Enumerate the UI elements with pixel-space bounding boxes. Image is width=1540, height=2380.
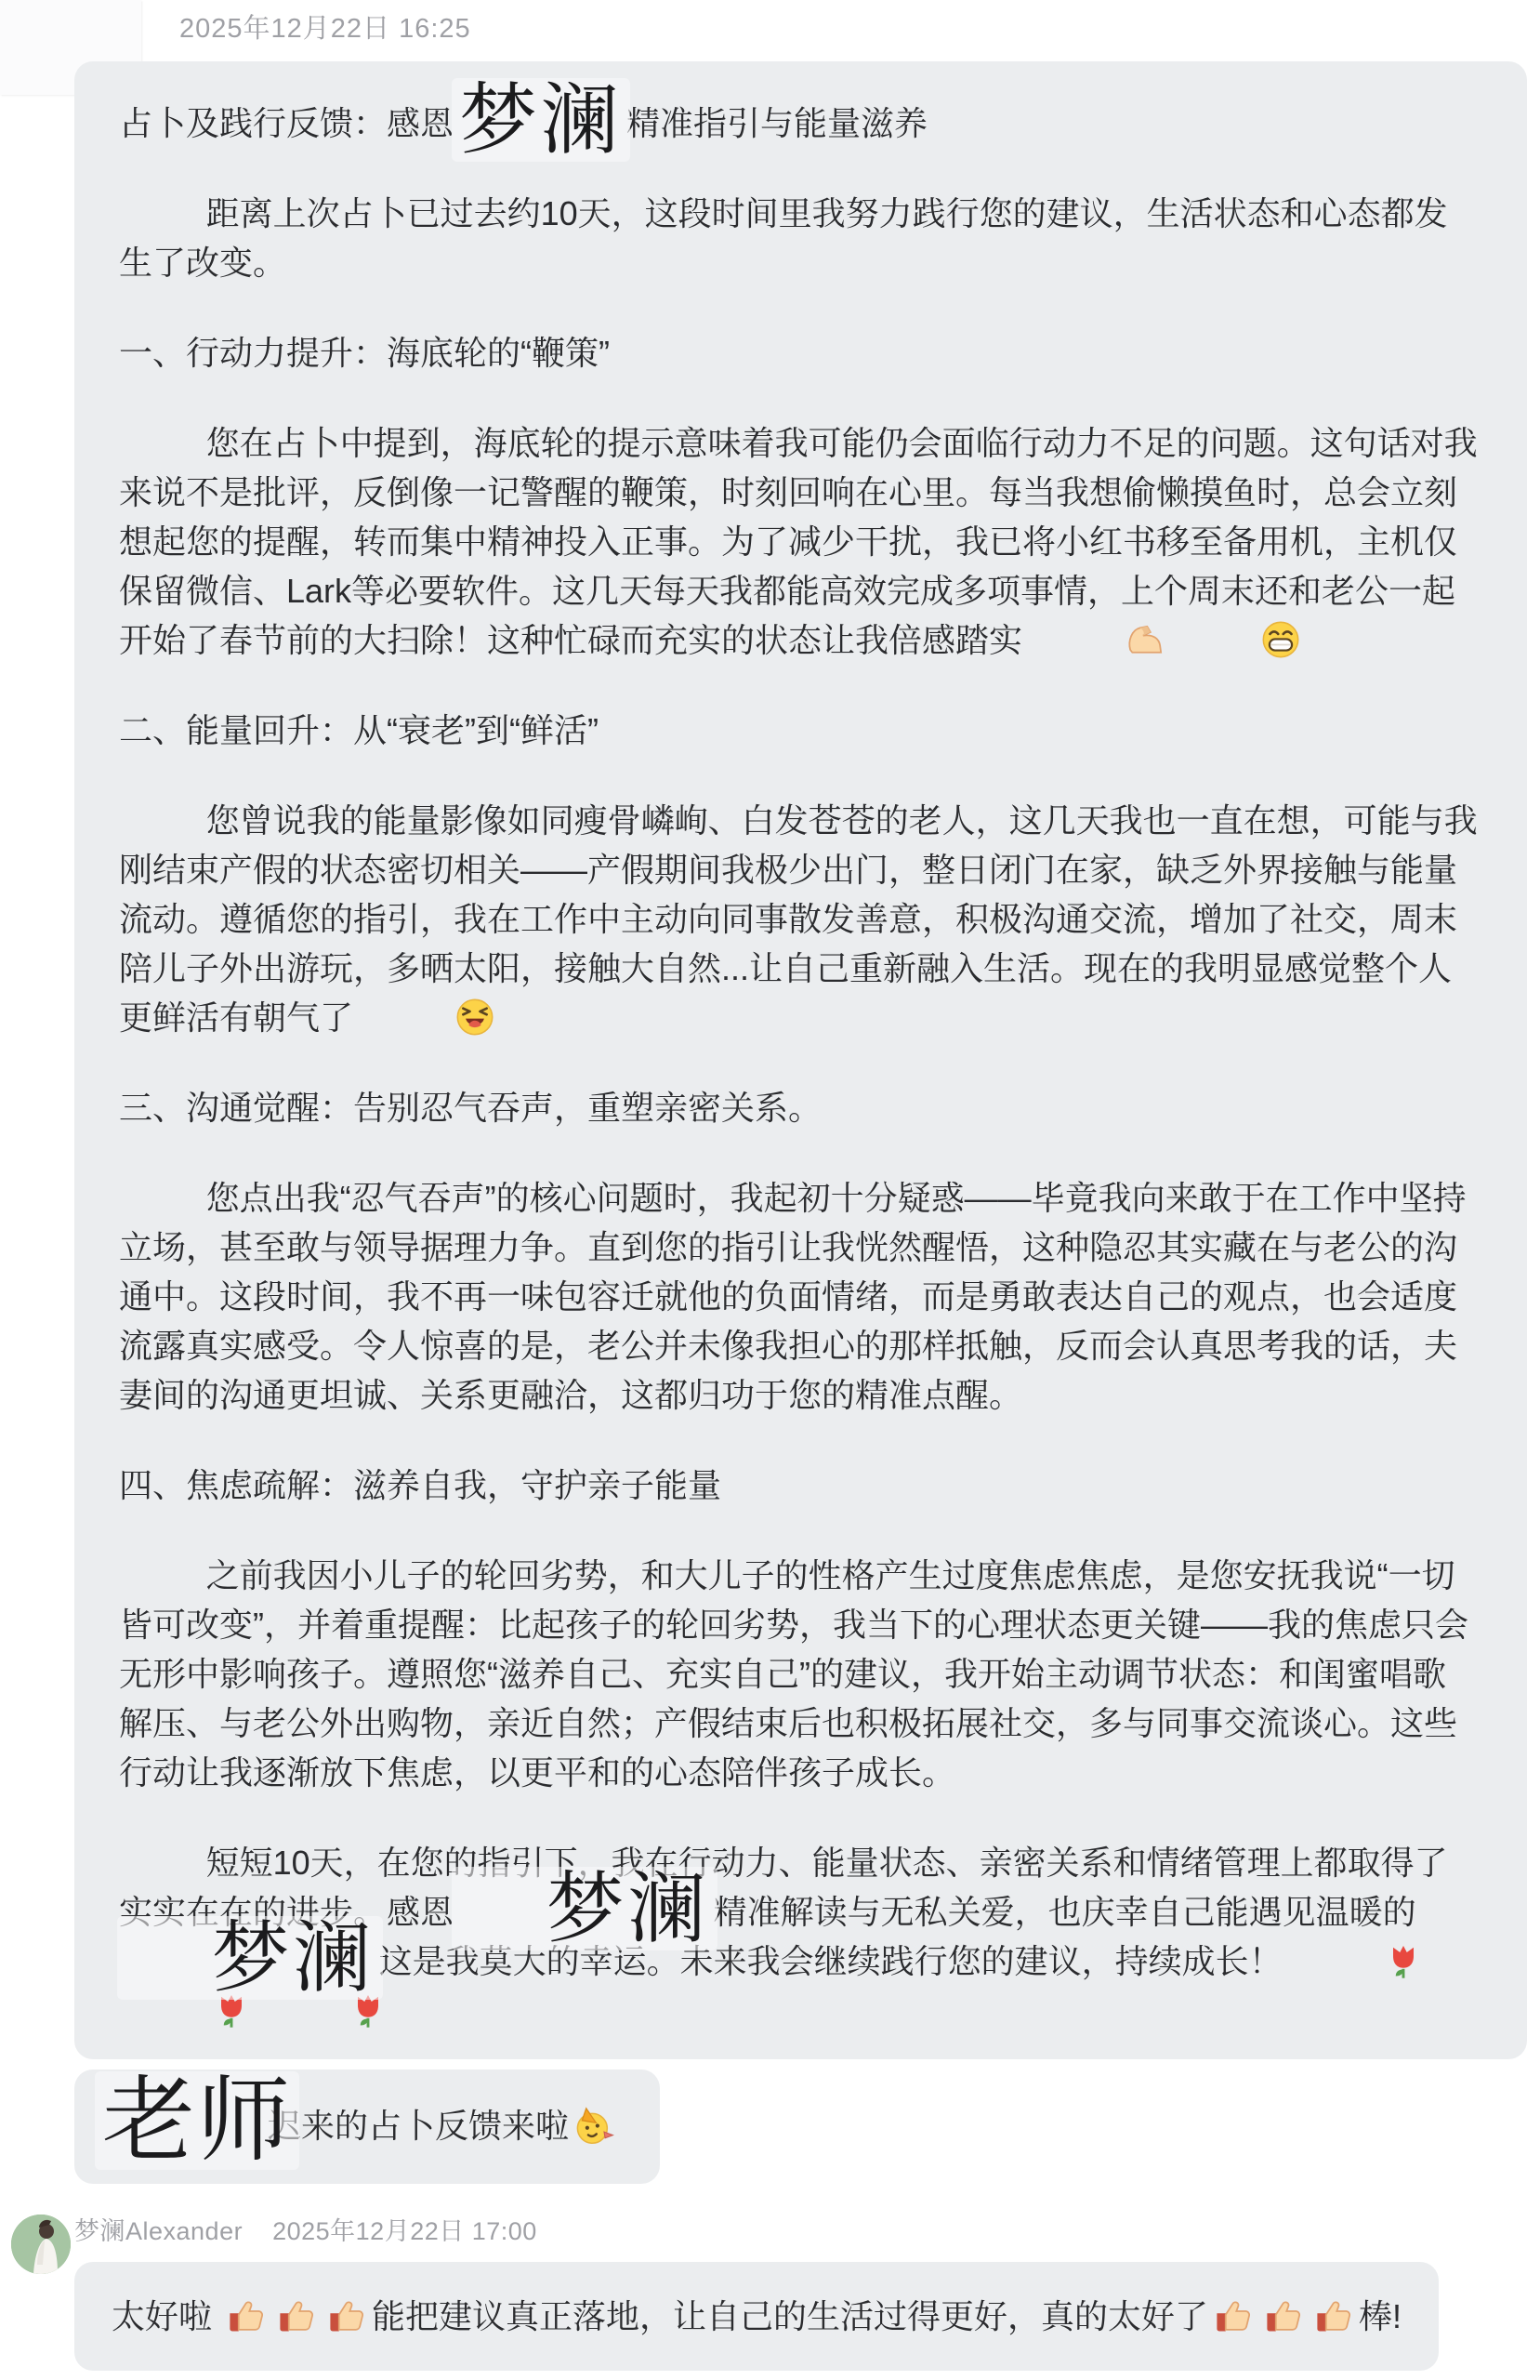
watermark-overlay: 梦澜: [117, 1916, 383, 2000]
thumbs-up-icon: [226, 2295, 267, 2336]
tulip-icon: [1296, 1940, 1425, 1981]
paragraph: 短短10天，在您的指引下，我在行动力、能量状态、亲密关系和情绪管理上都取得了实实…: [119, 1838, 1479, 2035]
reply-meta: 梦澜Alexander2025年12月22日 17:00: [74, 2211, 1540, 2247]
thumbs-up-icon: [1263, 2295, 1304, 2336]
text-run: 二、能量回升：从“衰老”到“鲜活”: [119, 711, 599, 749]
reply-timestamp: 2025年12月22日 17:00: [272, 2217, 537, 2245]
text-run: 之前我因小儿子的轮回劣势，和大儿子的性格产生过度焦虑焦虑，是您安抚我说“一切皆可…: [119, 1556, 1468, 1792]
watermark-overlay: 梦澜: [452, 78, 630, 162]
thumbs-up-icon: [1313, 2295, 1354, 2336]
reply-row: 梦澜Alexander2025年12月22日 17:00 太好啦 能把建议真正落…: [0, 2211, 1540, 2371]
text-run: 精准解读与无私关爱，也庆幸自己能遇见温暖的: [714, 1893, 1416, 1931]
section-heading: 一、行动力提升：海底轮的“鞭策”: [119, 328, 1479, 377]
text-run: 三、沟通觉醒：告别忍气吞声，重塑亲密关系。: [119, 1089, 822, 1127]
date-header: 2025年12月22日 16:25: [179, 7, 471, 46]
reply-message-bubble[interactable]: 太好啦 能把建议真正落地，让自己的生活过得更好，真的太好了棒!: [74, 2262, 1439, 2371]
section-heading: 二、能量回升：从“衰老”到“鲜活”: [119, 706, 1479, 755]
text-run: 精准指引与能量滋养: [626, 104, 928, 142]
thumbs-up-icon: [326, 2295, 367, 2336]
sender-name: 梦澜Alexander: [74, 2217, 243, 2245]
squinting-face-icon: [367, 997, 495, 1038]
party-face-icon: [573, 2105, 614, 2146]
text-run: 一、行动力提升：海底轮的“鞭策”: [119, 334, 610, 372]
beaming-face-icon: [1174, 619, 1302, 660]
text-run: 四、焦虑疏解：滋养自我，守护亲子能量: [119, 1466, 721, 1504]
paragraph: 您点出我“忍气吞声”的核心问题时，我起初十分疑惑——毕竟我向来敢于在工作中坚持立…: [119, 1173, 1479, 1420]
reply-body: 梦澜Alexander2025年12月22日 17:00 太好啦 能把建议真正落…: [74, 2211, 1540, 2371]
watermark-overlay: 梦澜: [452, 1867, 717, 1950]
message-title: 占卜及践行反馈：感恩梦澜精准指引与能量滋养: [119, 99, 1479, 148]
text-run: 您点出我“忍气吞声”的核心问题时，我起初十分疑惑——毕竟我向来敢于在工作中坚持立…: [119, 1179, 1467, 1414]
text-run: 能把建议真正落地，让自己的生活过得更好，真的太好了: [372, 2297, 1208, 2335]
feedback-message-bubble[interactable]: 占卜及践行反馈：感恩梦澜精准指引与能量滋养距离上次占卜已过去约10天，这段时间里…: [74, 61, 1527, 2059]
thumbs-up-icon: [276, 2295, 317, 2336]
text-run: 距离上次占卜已过去约10天，这段时间里我努力践行您的建议，生活状态和心态都发生了…: [119, 194, 1448, 282]
flexed-biceps-icon: [1036, 619, 1165, 660]
paragraph: 距离上次占卜已过去约10天，这段时间里我努力践行您的建议，生活状态和心态都发生了…: [119, 189, 1479, 287]
avatar-image: [11, 2215, 71, 2274]
section-heading: 四、焦虑疏解：滋养自我，守护亲子能量: [119, 1461, 1479, 1510]
chat-screen: 2025年12月22日 16:25 占卜及践行反馈：感恩梦澜精准指引与能量滋养距…: [0, 0, 1540, 2380]
followup-message-bubble[interactable]: 老师迟来的占卜反馈来啦: [74, 2069, 660, 2184]
text-run: 迟来的占卜反馈来啦: [268, 2107, 569, 2145]
text-run: 太好啦: [112, 2297, 221, 2335]
text-run: 您曾说我的能量影像如同瘦骨嶙峋、白发苍苍的老人，这几天我也一直在想，可能与我刚结…: [119, 801, 1478, 1037]
paragraph: 您在占卜中提到，海底轮的提示意味着我可能仍会面临行动力不足的问题。这句话对我来说…: [119, 418, 1479, 665]
thumbs-up-icon: [1213, 2295, 1254, 2336]
section-heading: 三、沟通觉醒：告别忍气吞声，重塑亲密关系。: [119, 1083, 1479, 1132]
text-run: 棒!: [1359, 2297, 1402, 2335]
text-run: 占卜及践行反馈：感恩: [119, 104, 454, 142]
paragraph: 您曾说我的能量影像如同瘦骨嶙峋、白发苍苍的老人，这几天我也一直在想，可能与我刚结…: [119, 796, 1479, 1042]
paragraph: 之前我因小儿子的轮回劣势，和大儿子的性格产生过度焦虑焦虑，是您安抚我说“一切皆可…: [119, 1551, 1479, 1797]
watermark-overlay: 老师: [95, 2071, 299, 2170]
avatar[interactable]: [11, 2215, 71, 2274]
